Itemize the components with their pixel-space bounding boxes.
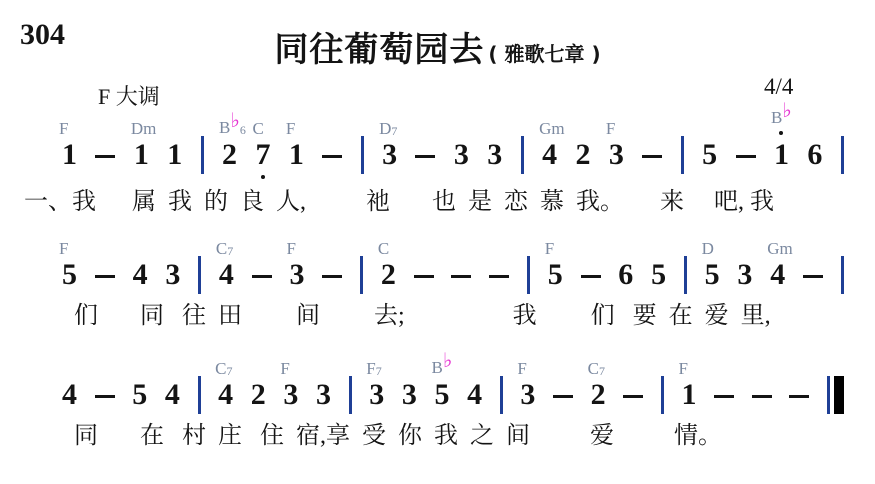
note-digit: 5 <box>132 380 147 410</box>
note: 5F <box>548 260 563 290</box>
note: 4 <box>467 380 482 410</box>
note-digit: 5 <box>705 260 720 290</box>
barline <box>841 136 844 174</box>
note-digit: 3 <box>454 140 469 170</box>
chord-label: B♭6 <box>219 117 246 137</box>
sustain-dash <box>252 275 272 278</box>
chord-label: Gm <box>767 240 793 257</box>
note: 3 <box>487 140 502 170</box>
note: 3F <box>609 140 624 170</box>
note: 3F <box>283 380 298 410</box>
chord-char: F <box>366 359 375 378</box>
note: 3F <box>289 260 304 290</box>
note: 1Dm <box>134 140 149 170</box>
chord-char: F <box>606 119 615 138</box>
chord-label: F <box>679 360 688 377</box>
chord-char: 7 <box>599 364 605 378</box>
final-bar-thin <box>827 376 830 414</box>
chord-label: F <box>517 360 526 377</box>
final-bar-thick <box>834 376 844 414</box>
note-digit: 4 <box>62 380 77 410</box>
final-barline <box>827 376 844 414</box>
chord-char: F <box>286 119 295 138</box>
note-digit: 2 <box>591 380 606 410</box>
chord-label: Gm <box>539 120 565 137</box>
note-digit: 1 <box>289 140 304 170</box>
note-digit: 1 <box>62 140 77 170</box>
chord-label: C7 <box>215 360 232 377</box>
note-digit: 3 <box>283 380 298 410</box>
sustain-dash <box>414 275 434 278</box>
note: 2C <box>381 260 396 290</box>
song-title: 同往葡萄园去 <box>274 30 484 70</box>
note: 4 <box>133 260 148 290</box>
barline <box>521 136 524 174</box>
sustain-dash <box>322 155 342 158</box>
note: 1F <box>289 140 304 170</box>
chord-char: B <box>771 108 782 127</box>
chord-char: D <box>131 119 143 138</box>
barline <box>681 136 684 174</box>
chord-char: 7 <box>391 124 397 138</box>
sustain-dash <box>553 395 573 398</box>
chord-char: C <box>378 239 389 258</box>
music-line-3: 4544C723F33F735B♭43F2C71F <box>62 348 844 410</box>
note: 3 <box>737 260 752 290</box>
chord-char: 7 <box>226 364 232 378</box>
chord-label: F <box>59 240 68 257</box>
chord-label: Dm <box>131 120 157 137</box>
chord-label: F <box>286 120 295 137</box>
chord-char: C <box>588 359 599 378</box>
note: 1F <box>62 140 77 170</box>
note-digit: 7 <box>255 140 270 170</box>
octave-dot <box>261 175 265 179</box>
note-digit: 3 <box>316 380 331 410</box>
chord-char: m <box>143 119 156 138</box>
lyric-line-3: 同 在 村 庄 住 宿,享 受 你 我 之 间 爱 情。 <box>74 422 722 451</box>
chord-char: G <box>767 239 779 258</box>
chord-label: B♭ <box>771 107 792 127</box>
barline <box>349 376 352 414</box>
chord-label: C7 <box>588 360 605 377</box>
title-row: 同往葡萄园去( 雅歌七章 ) <box>0 22 875 71</box>
note: 5 <box>132 380 147 410</box>
barline <box>361 136 364 174</box>
chord-char: C <box>252 119 263 138</box>
chord-char: m <box>551 119 564 138</box>
note-digit: 5 <box>651 260 666 290</box>
note-digit: 3 <box>369 380 384 410</box>
barline <box>684 256 687 294</box>
note-digit: 3 <box>289 260 304 290</box>
chord-char: C <box>215 359 226 378</box>
sustain-dash <box>95 275 115 278</box>
chord-label: F <box>286 240 295 257</box>
note-digit: 1 <box>774 140 789 170</box>
chord-label: F <box>59 120 68 137</box>
note-digit: 3 <box>382 140 397 170</box>
note: 3F <box>520 380 535 410</box>
note: 3F7 <box>369 380 384 410</box>
note: 5 <box>651 260 666 290</box>
note: 1B♭ <box>774 140 789 170</box>
note-digit: 4 <box>467 380 482 410</box>
note-digit: 3 <box>737 260 752 290</box>
note-digit: 6 <box>807 140 822 170</box>
chord-label: F <box>545 240 554 257</box>
flat-icon: ♭ <box>782 100 791 122</box>
note: 3 <box>454 140 469 170</box>
chord-char: C <box>216 239 227 258</box>
note-digit: 3 <box>402 380 417 410</box>
chord-char: m <box>779 239 792 258</box>
note: 1F <box>682 380 697 410</box>
sustain-dash <box>789 395 809 398</box>
note: 2 <box>576 140 591 170</box>
key-signature: F 大调 <box>98 80 160 111</box>
flat-icon: ♭ <box>443 350 452 372</box>
note: 5 <box>702 140 717 170</box>
note: 2C7 <box>591 380 606 410</box>
song-subtitle: ( 雅歌七章 ) <box>488 42 600 66</box>
note-digit: 3 <box>487 140 502 170</box>
note: 2 <box>251 380 266 410</box>
sustain-dash <box>714 395 734 398</box>
note: 4Gm <box>770 260 785 290</box>
music-line-1: 1F1Dm12B♭67C1F3D7334Gm23F51B♭6 <box>62 108 844 170</box>
note-digit: 4 <box>165 380 180 410</box>
note-digit: 6 <box>618 260 633 290</box>
barline <box>198 256 201 294</box>
note: 5D <box>705 260 720 290</box>
barline <box>841 256 844 294</box>
note-digit: 5 <box>435 380 450 410</box>
note-digit: 2 <box>222 140 237 170</box>
note-digit: 4 <box>218 380 233 410</box>
chord-label: B♭ <box>432 357 453 377</box>
note: 3D7 <box>382 140 397 170</box>
note: 4C7 <box>219 260 234 290</box>
lyric-line-2: 们 同 往 田 间 去; 我 们 要 在 爱 里, <box>74 302 771 331</box>
note-digit: 5 <box>548 260 563 290</box>
sustain-dash <box>95 155 115 158</box>
chord-char: 7 <box>227 244 233 258</box>
note-digit: 2 <box>251 380 266 410</box>
chord-char: G <box>539 119 551 138</box>
note-digit: 5 <box>62 260 77 290</box>
note: 3 <box>316 380 331 410</box>
note-digit: 2 <box>381 260 396 290</box>
chord-char: F <box>679 359 688 378</box>
sustain-dash <box>489 275 509 278</box>
note-digit: 4 <box>770 260 785 290</box>
music-line-2: 5F434C73F2C5F655D34Gm <box>62 228 844 290</box>
lyric-line-1: 一、我 属 我 的 良 人, 祂 也 是 恋 慕 我。 来 吧, 我 <box>24 188 774 217</box>
chord-label: D <box>702 240 714 257</box>
chord-char: F <box>59 239 68 258</box>
barline <box>360 256 363 294</box>
sustain-dash <box>623 395 643 398</box>
chord-char: F <box>545 239 554 258</box>
chord-char: B <box>432 358 443 377</box>
note-digit: 4 <box>542 140 557 170</box>
octave-dot <box>779 131 783 135</box>
note: 6 <box>807 140 822 170</box>
sustain-dash <box>415 155 435 158</box>
chord-label: C7 <box>216 240 233 257</box>
note-digit: 5 <box>702 140 717 170</box>
note-digit: 3 <box>165 260 180 290</box>
barline <box>661 376 664 414</box>
chord-label: F7 <box>366 360 381 377</box>
chord-label: C <box>378 240 389 257</box>
note-digit: 1 <box>167 140 182 170</box>
chord-char: F <box>517 359 526 378</box>
note: 5B♭ <box>435 380 450 410</box>
chord-label: D7 <box>379 120 397 137</box>
chord-char: D <box>702 239 714 258</box>
note-digit: 4 <box>219 260 234 290</box>
chord-char: D <box>379 119 391 138</box>
sustain-dash <box>803 275 823 278</box>
chord-label: F <box>280 360 289 377</box>
sustain-dash <box>95 395 115 398</box>
note-digit: 1 <box>134 140 149 170</box>
chord-char: F <box>59 119 68 138</box>
sustain-dash <box>642 155 662 158</box>
sustain-dash <box>322 275 342 278</box>
note: 2B♭6 <box>222 140 237 170</box>
note: 3 <box>402 380 417 410</box>
chord-label: F <box>606 120 615 137</box>
note: 4 <box>62 380 77 410</box>
hymn-sheet: 304 同往葡萄园去( 雅歌七章 ) F 大调 4/4 1F1Dm12B♭67C… <box>0 0 875 484</box>
note: 6 <box>618 260 633 290</box>
note: 3 <box>165 260 180 290</box>
barline <box>500 376 503 414</box>
note: 5F <box>62 260 77 290</box>
note-digit: 3 <box>520 380 535 410</box>
note-digit: 3 <box>609 140 624 170</box>
note-digit: 4 <box>133 260 148 290</box>
note: 1 <box>167 140 182 170</box>
barline <box>527 256 530 294</box>
sustain-dash <box>451 275 471 278</box>
note-digit: 1 <box>682 380 697 410</box>
chord-char: F <box>286 239 295 258</box>
chord-char: 6 <box>240 123 246 137</box>
chord-label: C <box>252 120 263 137</box>
chord-char: 7 <box>376 364 382 378</box>
barline <box>198 376 201 414</box>
note: 7C <box>255 140 270 170</box>
sustain-dash <box>752 395 772 398</box>
note: 4 <box>165 380 180 410</box>
flat-icon: ♭ <box>230 110 239 132</box>
chord-char: B <box>219 118 230 137</box>
barline <box>201 136 204 174</box>
chord-char: F <box>280 359 289 378</box>
time-signature: 4/4 <box>764 74 793 100</box>
note: 4C7 <box>218 380 233 410</box>
sustain-dash <box>736 155 756 158</box>
note-digit: 2 <box>576 140 591 170</box>
note: 4Gm <box>542 140 557 170</box>
sustain-dash <box>581 275 601 278</box>
